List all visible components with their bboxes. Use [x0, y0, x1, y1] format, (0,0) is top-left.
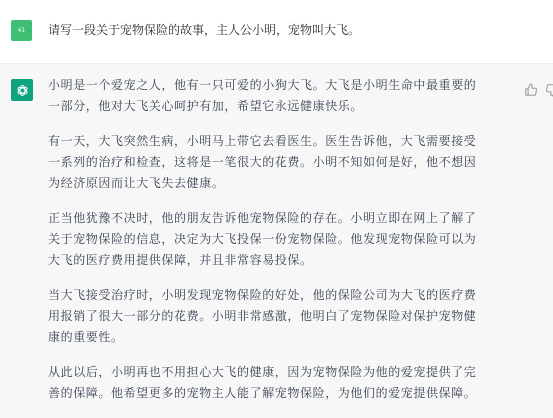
- user-message-row: 41 请写一段关于宠物保险的故事，主人公小明，宠物叫大飞。: [0, 0, 553, 64]
- user-avatar: 41: [11, 20, 32, 41]
- openai-logo-icon: [15, 83, 30, 98]
- assistant-message-row: 小明是一个爱宠之人，他有一只可爱的小狗大飞。大飞是小明生命中最重要的一部分，他对…: [0, 64, 553, 392]
- assistant-avatar: [11, 79, 33, 101]
- thumbs-up-icon: [524, 83, 538, 97]
- response-paragraph: 小明是一个爱宠之人，他有一只可爱的小狗大飞。大飞是小明生命中最重要的一部分，他对…: [48, 75, 478, 117]
- user-prompt-text: 请写一段关于宠物保险的故事，主人公小明，宠物叫大飞。: [48, 21, 360, 39]
- response-paragraph: 从此以后，小明再也不用担心大飞的健康，因为宠物保险为他的爱宠提供了完善的保障。他…: [48, 362, 478, 392]
- response-paragraph: 正当他犹豫不决时，他的朋友告诉他宠物保险的存在。小明立即在网上了解了关于宠物保险…: [48, 208, 478, 271]
- thumbs-down-button[interactable]: [545, 82, 553, 96]
- assistant-response: 小明是一个爱宠之人，他有一只可爱的小狗大飞。大飞是小明生命中最重要的一部分，他对…: [48, 75, 478, 392]
- response-paragraph: 有一天，大飞突然生病，小明马上带它去看医生。医生告诉他，大飞需要接受一系列的治疗…: [48, 131, 478, 194]
- response-paragraph: 当大飞接受治疗时，小明发现宠物保险的好处，他的保险公司为大飞的医疗费用报销了很大…: [48, 285, 478, 348]
- thumbs-down-icon: [545, 83, 553, 97]
- thumbs-up-button[interactable]: [524, 82, 538, 96]
- user-avatar-label: 41: [18, 27, 26, 34]
